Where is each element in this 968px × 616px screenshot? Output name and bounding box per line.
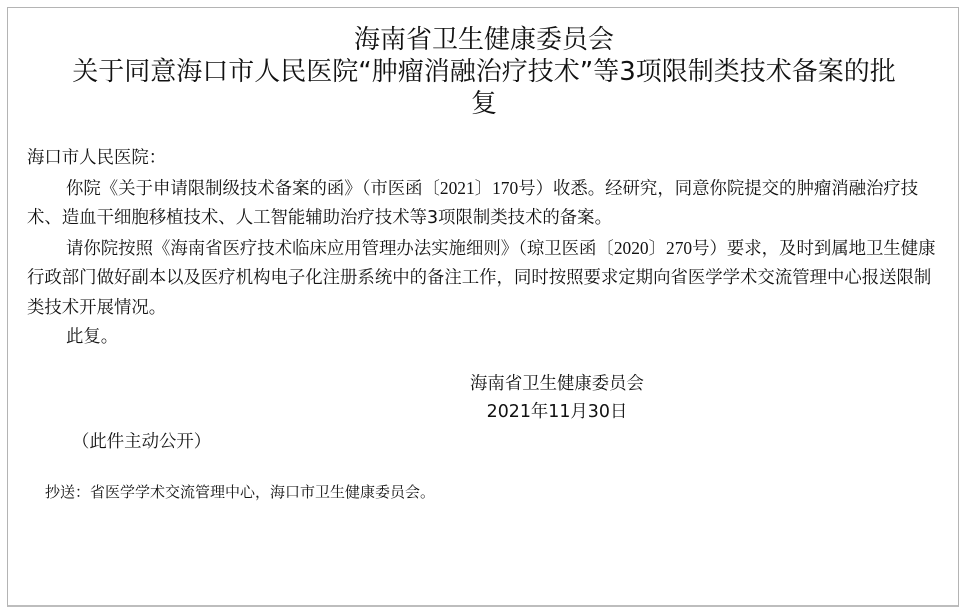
closing-remark: 此复。 <box>27 323 943 353</box>
document-title: 海南省卫生健康委员会 关于同意海口市人民医院“肿瘤消融治疗技术”等3项限制类技术… <box>0 24 968 120</box>
paragraph-requirements-text-2: 〕 <box>649 239 666 259</box>
paragraph-approval-text-2: 〕 <box>475 179 492 199</box>
signature-issuer: 海南省卫生健康委员会 <box>454 370 660 398</box>
title-line-issuer: 海南省卫生健康委员会 <box>0 24 968 56</box>
carbon-copy-line: 抄送：省医学学术交流管理中心，海口市卫生健康委员会。 <box>45 480 435 504</box>
paragraph-requirements: 请你院按照《海南省医疗技术临床应用管理办法实施细则》（琼卫医函〔2020〕270… <box>27 234 943 324</box>
document-body: 海口市人民医院： 你院《关于申请限制级技术备案的函》（市医函〔2021〕170号… <box>27 144 943 353</box>
paragraph-requirements-year: 2020 <box>614 238 649 258</box>
title-line-subject: 关于同意海口市人民医院“肿瘤消融治疗技术”等3项限制类技术备案的批 <box>0 56 968 88</box>
salutation: 海口市人民医院： <box>27 144 943 174</box>
signature-date: 2021年11月30日 <box>454 398 660 426</box>
signature-block: 海南省卫生健康委员会 2021年11月30日 <box>454 370 660 426</box>
paragraph-approval: 你院《关于申请限制级技术备案的函》（市医函〔2021〕170号）收悉。经研究，同… <box>27 174 943 234</box>
paragraph-approval-number: 170 <box>492 178 518 198</box>
title-line-subject-end: 复 <box>0 88 968 120</box>
paragraph-requirements-text-1: 请你院按照《海南省医疗技术临床应用管理办法实施细则》（琼卫医函〔 <box>66 239 614 259</box>
public-disclosure-note: （此件主动公开） <box>72 428 211 456</box>
paragraph-approval-text-1: 你院《关于申请限制级技术备案的函》（市医函〔 <box>66 179 440 199</box>
paragraph-requirements-number: 270 <box>666 238 692 258</box>
paragraph-approval-year: 2021 <box>440 178 475 198</box>
